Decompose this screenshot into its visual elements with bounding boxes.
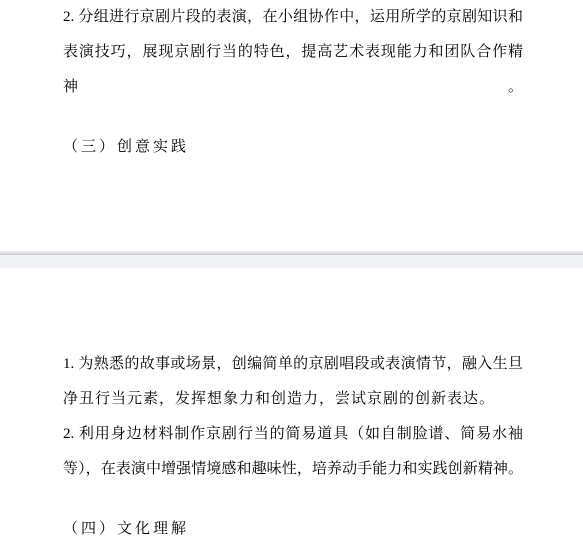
section-heading-creative-practice: （三）创意实践 <box>63 130 523 165</box>
paragraph-create-opera: 1. 为熟悉的故事或场景，创编简单的京剧唱段或表演情节，融入生旦 净丑行当元素，… <box>63 347 523 417</box>
paragraph-line: 净丑行当元素，发挥想象力和创造力，尝试京剧的创新表达。 <box>63 382 523 417</box>
paragraph-line: 等），在表演中增强情境感和趣味性，培养动手能力和实践创新精神。 <box>63 452 523 487</box>
paragraph-line: 1. 为熟悉的故事或场景，创编简单的京剧唱段或表演情节，融入生旦 <box>63 347 523 382</box>
page-1: 2. 分组进行京剧片段的表演，在小组协作中，运用所学的京剧知识和 表演技巧，展现… <box>0 0 583 255</box>
paragraph-line: 2. 分组进行京剧片段的表演，在小组协作中，运用所学的京剧知识和 <box>63 0 523 35</box>
paragraph-line: 表演技巧，展现京剧行当的特色，提高艺术表现能力和团队合作精神。 <box>63 35 523 105</box>
section-heading-cultural-understanding: （四）文化理解 <box>63 512 523 547</box>
page-2: 1. 为熟悉的故事或场景，创编简单的京剧唱段或表演情节，融入生旦 净丑行当元素，… <box>0 268 583 556</box>
paragraph-make-props: 2. 利用身边材料制作京剧行当的简易道具（如自制脸谱、简易水袖 等），在表演中增… <box>63 417 523 487</box>
paragraph-performance: 2. 分组进行京剧片段的表演，在小组协作中，运用所学的京剧知识和 表演技巧，展现… <box>63 0 523 105</box>
paragraph-line: 2. 利用身边材料制作京剧行当的简易道具（如自制脸谱、简易水袖 <box>63 417 523 452</box>
document-viewer: 2. 分组进行京剧片段的表演，在小组协作中，运用所学的京剧知识和 表演技巧，展现… <box>0 0 583 556</box>
page-gap <box>0 255 583 268</box>
